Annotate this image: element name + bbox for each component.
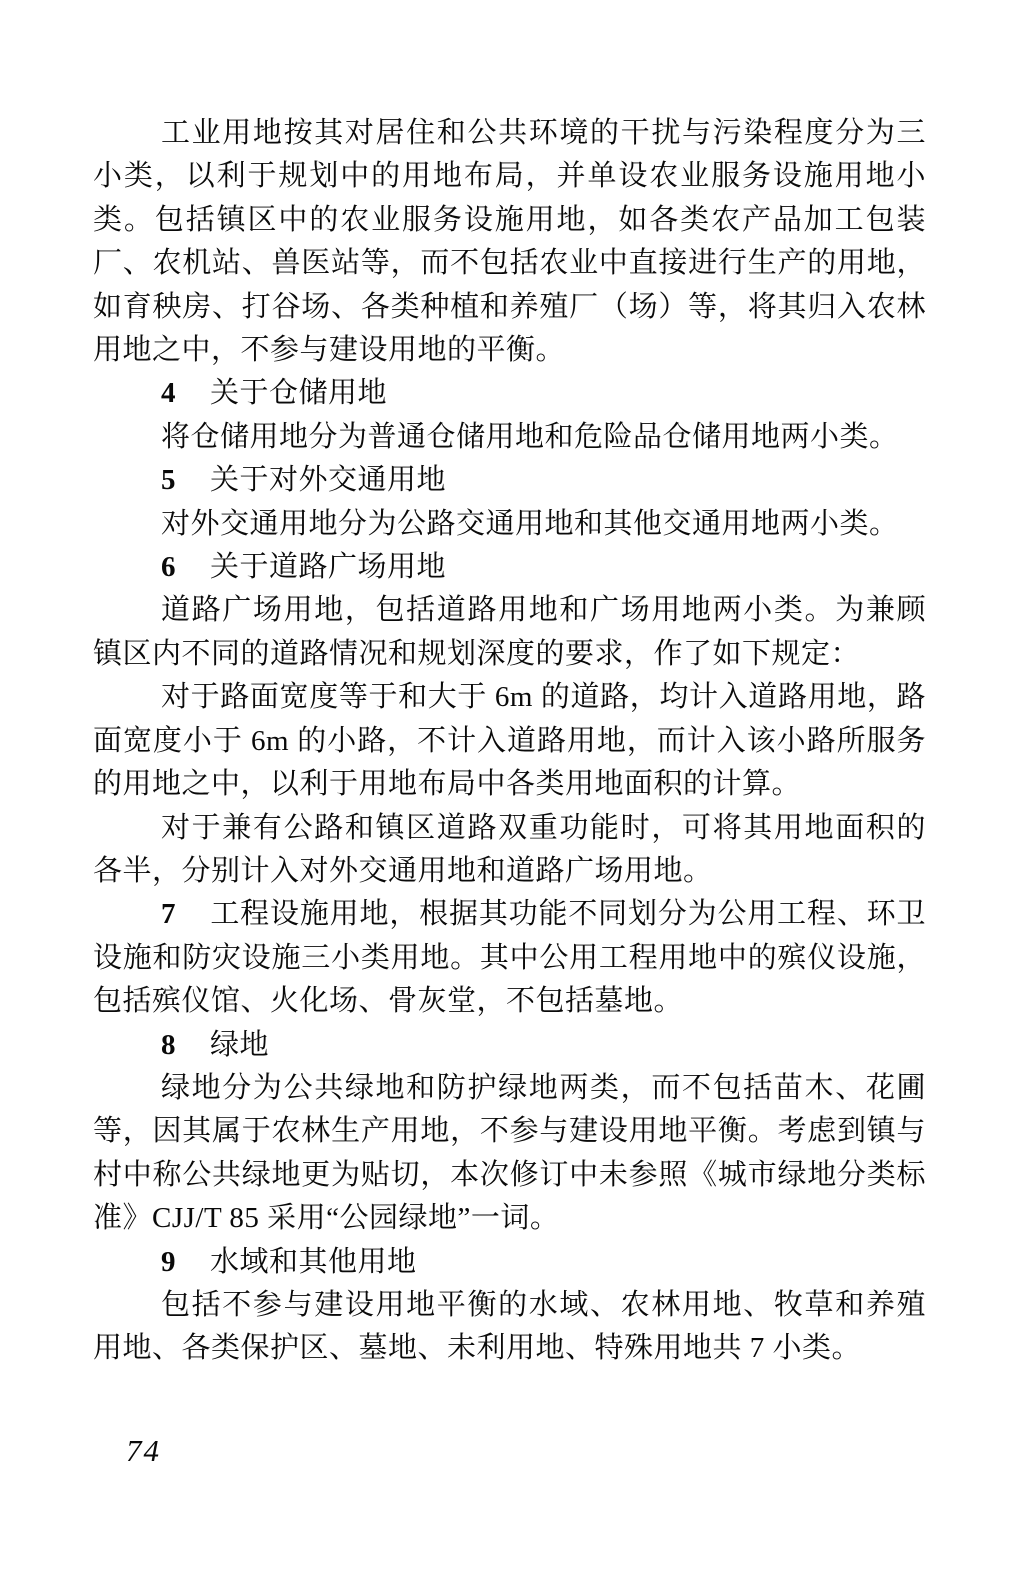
document-page: 工业用地按其对居住和公共环境的干扰与污染程度分为三小类，以利于规划中的用地布局，… <box>0 0 1016 1576</box>
section-4-number: 4 <box>161 377 176 409</box>
paragraph-road-width-rule: 对于路面宽度等于和大于 6m 的道路，均计入道路用地，路面宽度小于 6m 的小路… <box>93 676 926 806</box>
paragraph-external-transport: 对外交通用地分为公路交通用地和其他交通用地两小类。 <box>93 503 926 546</box>
paragraph-warehouse-land: 将仓储用地分为普通仓储用地和危险品仓储用地两小类。 <box>93 416 926 459</box>
section-7-number: 7 <box>161 898 176 930</box>
paragraph-engineering-facilities: 7工程设施用地，根据其功能不同划分为公用工程、环卫设施和防灾设施三小类用地。其中… <box>93 893 926 1023</box>
paragraph-water-other-land: 包括不参与建设用地平衡的水域、农林用地、牧草和养殖用地、各类保护区、墓地、未利用… <box>93 1284 926 1371</box>
section-8-number: 8 <box>161 1029 176 1061</box>
section-5-heading: 5关于对外交通用地 <box>93 459 926 502</box>
section-6-number: 6 <box>161 551 176 583</box>
section-4-heading: 4关于仓储用地 <box>93 372 926 415</box>
section-8-heading: 8绿地 <box>93 1024 926 1067</box>
paragraph-industrial-land: 工业用地按其对居住和公共环境的干扰与污染程度分为三小类，以利于规划中的用地布局，… <box>93 112 926 372</box>
paragraph-road-square-intro: 道路广场用地，包括道路用地和广场用地两小类。为兼顾镇区内不同的道路情况和规划深度… <box>93 589 926 676</box>
section-7-text: 工程设施用地，根据其功能不同划分为公用工程、环卫设施和防灾设施三小类用地。其中公… <box>93 898 926 1017</box>
paragraph-dual-function-road: 对于兼有公路和镇区道路双重功能时，可将其用地面积的各半，分别计入对外交通用地和道… <box>93 807 926 894</box>
section-8-title: 绿地 <box>210 1029 269 1061</box>
paragraph-green-space: 绿地分为公共绿地和防护绿地两类，而不包括苗木、花圃等，因其属于农林生产用地，不参… <box>93 1067 926 1241</box>
section-9-number: 9 <box>161 1246 176 1278</box>
section-6-heading: 6关于道路广场用地 <box>93 546 926 589</box>
section-9-heading: 9水域和其他用地 <box>93 1241 926 1284</box>
section-9-title: 水域和其他用地 <box>210 1246 417 1278</box>
page-number: 74 <box>126 1433 161 1469</box>
section-5-title: 关于对外交通用地 <box>210 464 446 496</box>
section-4-title: 关于仓储用地 <box>210 377 387 409</box>
section-5-number: 5 <box>161 464 176 496</box>
document-content: 工业用地按其对居住和公共环境的干扰与污染程度分为三小类，以利于规划中的用地布局，… <box>93 112 926 1371</box>
section-6-title: 关于道路广场用地 <box>210 551 446 583</box>
